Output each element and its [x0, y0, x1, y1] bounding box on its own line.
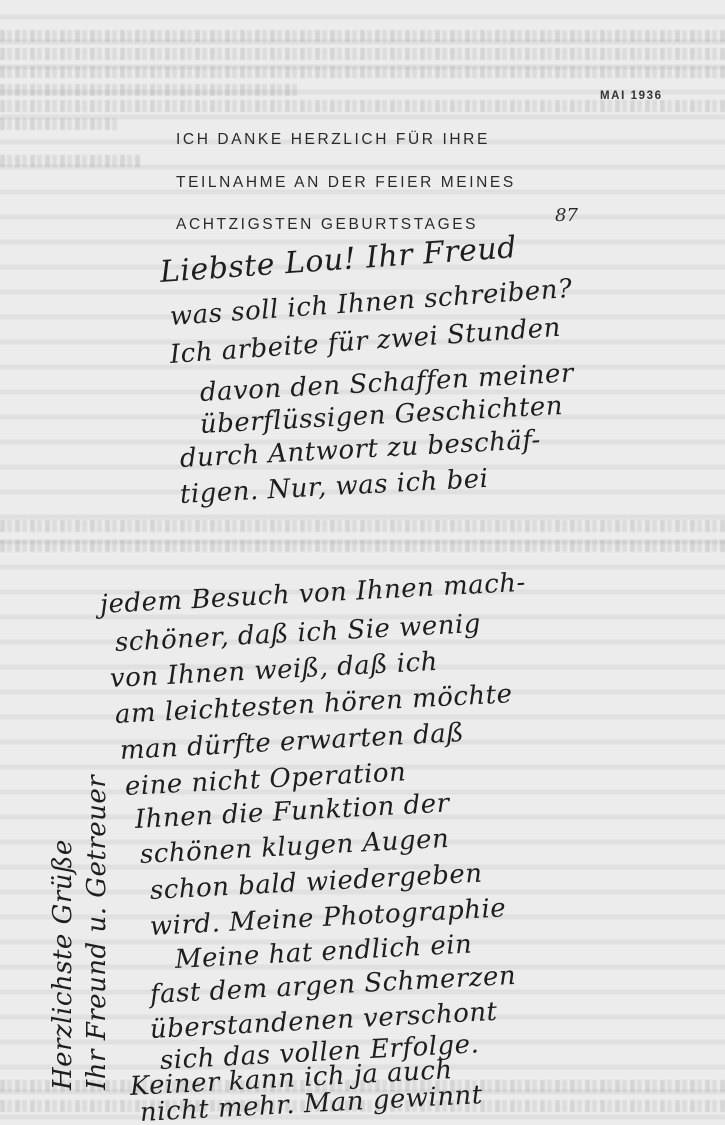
show-through-text	[0, 118, 120, 130]
show-through-text	[0, 30, 725, 42]
printed-line-2: TEILNAHME AN DER FEIER MEINES	[176, 174, 516, 192]
margin-note-line-1: Herzlichste Grüße	[48, 839, 78, 1090]
printed-line-3: ACHTZIGSTEN GEBURTSTAGES	[176, 216, 478, 234]
letter-page: MAI 1936 ICH DANKE HERZLICH FÜR IHRE TEI…	[0, 0, 725, 1125]
printed-line-1: ICH DANKE HERZLICH FÜR IHRE	[176, 131, 490, 149]
show-through-text	[0, 66, 725, 78]
date-heading: MAI 1936	[600, 90, 663, 102]
show-through-text	[0, 520, 725, 532]
show-through-text	[0, 84, 300, 96]
margin-note-line-2: Ihr Freund u. Getreuer	[82, 775, 112, 1090]
show-through-text	[0, 155, 140, 167]
show-through-text	[0, 48, 725, 60]
show-through-text	[0, 540, 725, 552]
page-annotation: 87	[555, 205, 578, 226]
